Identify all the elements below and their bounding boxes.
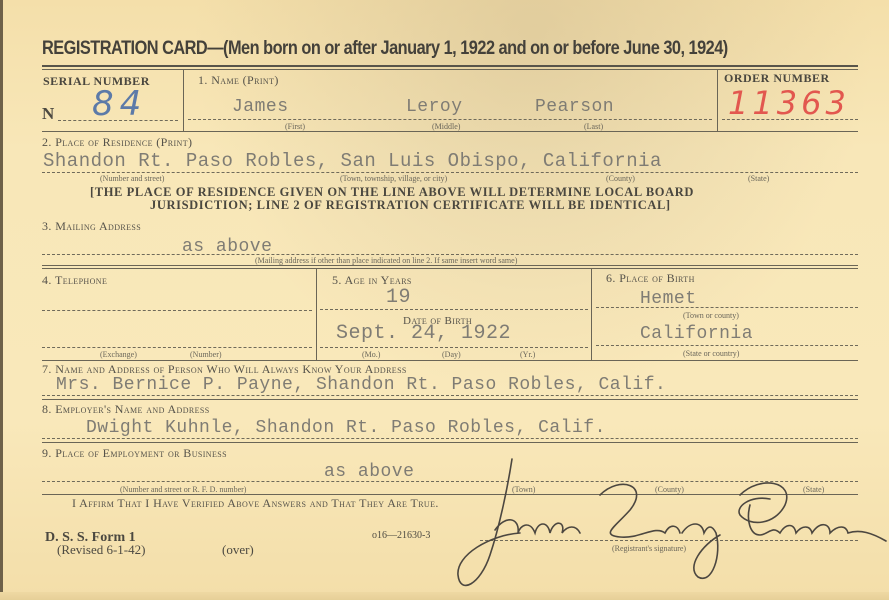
row3-bottom-rule-2: [42, 268, 858, 269]
title-rule: [42, 65, 858, 67]
place-of-employment-value: as above: [324, 462, 414, 482]
employer-underline: [42, 438, 858, 439]
birth-state-underline: [596, 345, 858, 346]
order-number-value: 11363: [728, 84, 850, 122]
title-rule-2: [42, 69, 858, 70]
telephone-label: 4. Telephone: [42, 273, 107, 288]
residence-label: 2. Place of Residence (Print): [42, 135, 192, 150]
caption-state: (State): [748, 174, 769, 183]
card-title: REGISTRATION CARD—(Men born on or after …: [42, 38, 728, 60]
row7-bottom-rule: [42, 399, 858, 400]
caption-town-county: (Town or county): [683, 311, 739, 320]
caption-exchange: (Exchange): [100, 350, 137, 359]
name-middle: Leroy: [406, 97, 463, 117]
caption-rfd: (Number and street or R. F. D. number): [120, 485, 246, 494]
date-of-birth-value: Sept. 24, 1922: [336, 322, 511, 345]
mailing-caption: (Mailing address if other than place ind…: [255, 256, 517, 265]
birth-state-value: California: [640, 324, 753, 344]
mailing-address-label: 3. Mailing Address: [42, 219, 141, 234]
dob-underline: [320, 347, 588, 348]
row3-bottom-rule: [42, 265, 858, 266]
serial-divider: [183, 70, 184, 132]
serial-number-value: 84: [92, 84, 147, 124]
caption-middle: (Middle): [432, 122, 460, 131]
telephone-underline-1: [42, 310, 312, 311]
caption-day: (Day): [442, 350, 461, 359]
employer-label: 8. Employer's Name and Address: [42, 402, 210, 417]
caption-town: (Town, township, village, or city): [340, 174, 447, 183]
residence-notice-line1: [THE PLACE OF RESIDENCE GIVEN ON THE LIN…: [90, 185, 694, 199]
birth-town-value: Hemet: [640, 289, 697, 309]
residence-underline: [42, 172, 858, 173]
name-underline: [188, 119, 712, 120]
caption-street: (Number and street): [100, 174, 164, 183]
name-last: Pearson: [535, 97, 614, 117]
serial-prefix: N: [42, 104, 54, 124]
contact-underline: [42, 395, 858, 396]
name-first: James: [232, 97, 289, 117]
age-underline: [320, 309, 588, 310]
row8-bottom-rule: [42, 442, 858, 443]
row1-bottom-rule: [42, 131, 858, 132]
telephone-divider: [316, 268, 317, 360]
age-divider: [591, 268, 592, 360]
form-revised: (Revised 6-1-42): [57, 542, 145, 558]
caption-month: (Mo.): [362, 350, 380, 359]
employer-value: Dwight Kuhnle, Shandon Rt. Paso Robles, …: [86, 418, 606, 438]
form-over: (over): [222, 542, 254, 558]
form-print-code: o16—21630-3: [372, 530, 430, 541]
order-divider: [717, 70, 718, 132]
caption-state-country: (State or country): [683, 349, 739, 358]
caption-county: (County): [606, 174, 635, 183]
row4-bottom-rule: [42, 360, 858, 361]
residence-value: Shandon Rt. Paso Robles, San Luis Obispo…: [43, 150, 662, 172]
mailing-underline: [42, 254, 858, 255]
place-of-birth-label: 6. Place of Birth: [606, 271, 695, 286]
age-value: 19: [386, 286, 411, 309]
place-of-employment-label: 9. Place of Employment or Business: [42, 446, 227, 461]
caption-number: (Number): [190, 350, 222, 359]
caption-year: (Yr.): [520, 350, 535, 359]
card-left-edge: [0, 0, 3, 600]
telephone-underline-2: [42, 347, 312, 348]
caption-first: (First): [285, 122, 305, 131]
residence-notice-line2: JURISDICTION; LINE 2 OF REGISTRATION CER…: [150, 198, 671, 212]
name-label: 1. Name (Print): [198, 73, 279, 88]
registrant-signature: [450, 455, 889, 595]
caption-last: (Last): [584, 122, 603, 131]
birth-town-underline: [596, 307, 858, 308]
order-underline: [722, 119, 858, 120]
affirmation-text: I Affirm That I Have Verified Above Answ…: [72, 496, 439, 511]
registration-card: REGISTRATION CARD—(Men born on or after …: [0, 0, 889, 600]
contact-person-value: Mrs. Bernice P. Payne, Shandon Rt. Paso …: [56, 375, 666, 395]
serial-underline: [58, 120, 178, 121]
